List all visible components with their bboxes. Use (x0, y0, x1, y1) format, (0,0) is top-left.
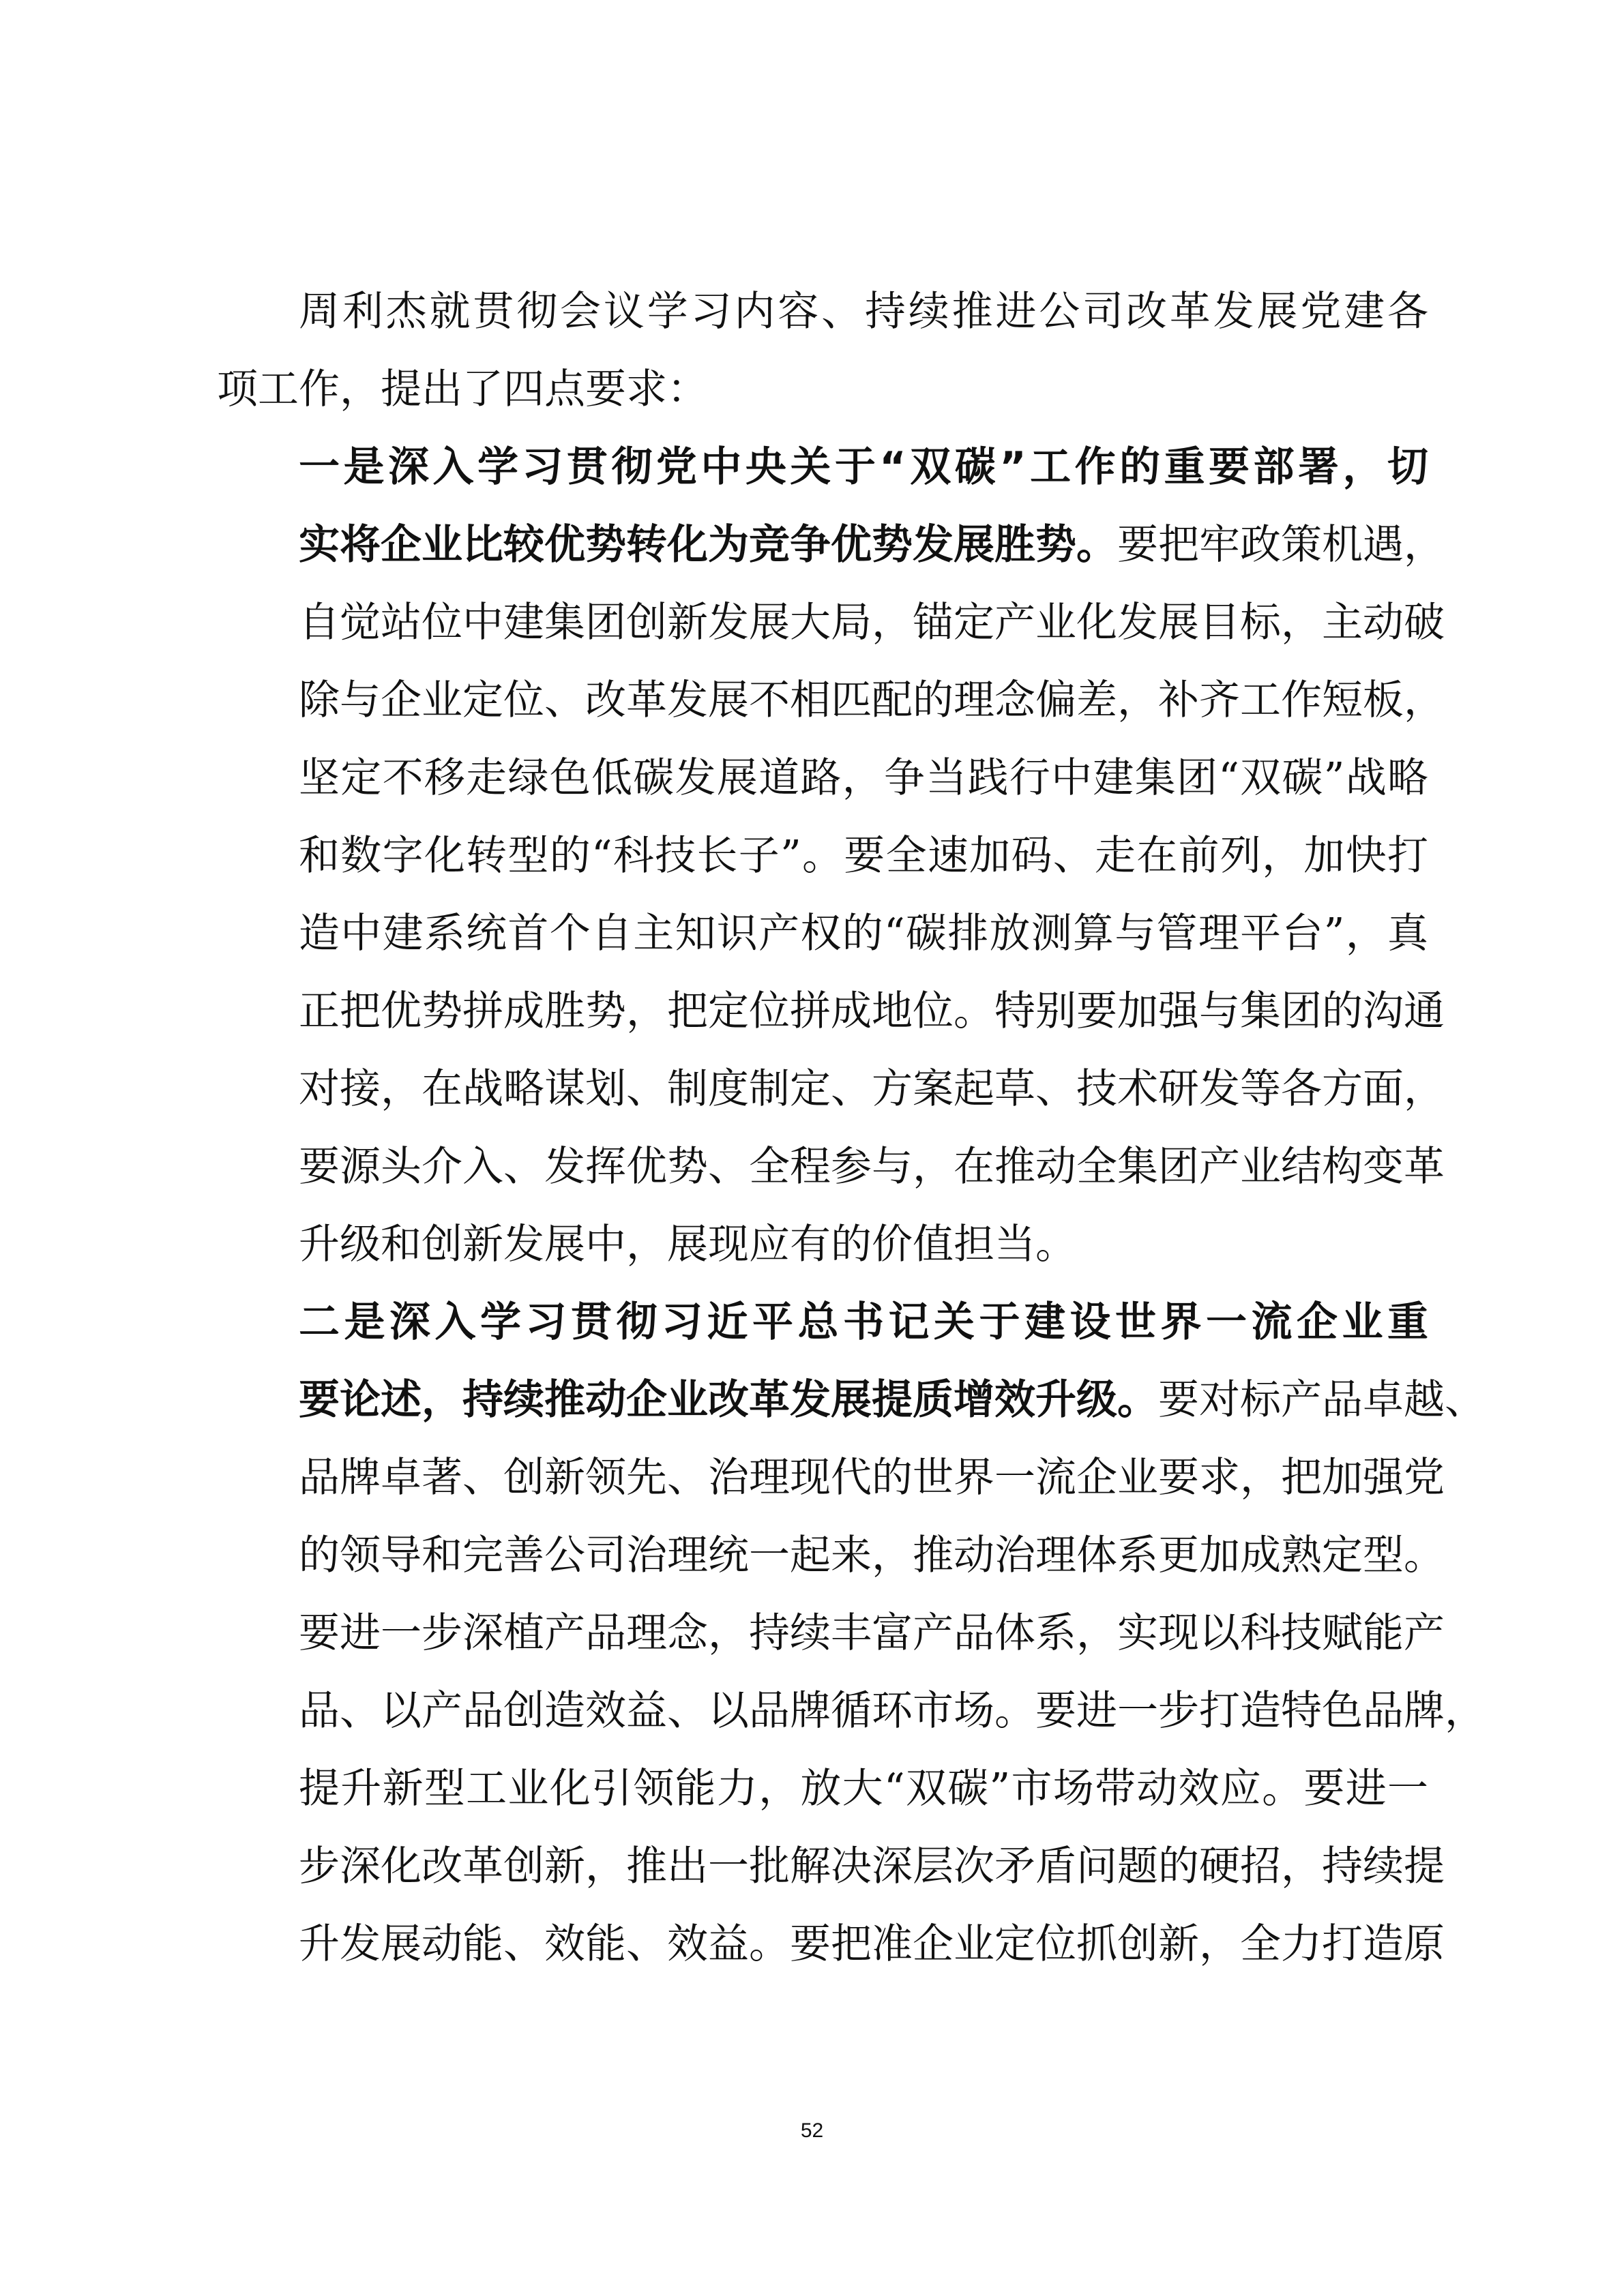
line-text: 除与企业定位、改革发展不相匹配的理念偏差，补齐工作短板， (299, 676, 1445, 724)
bold-heading-text: 要论述，持续推动企业改革发展提质增效升级。 (299, 1376, 1158, 1424)
line-text: 自觉站位中建集团创新发展大局，锚定产业化发展目标，主动破 (299, 599, 1445, 646)
line-text: 升级和创新发展中，展现应有的价值担当。 (299, 1221, 1076, 1268)
line-text: 要源头介入、发挥优势、全程参与，在推动全集团产业结构变革 (299, 1143, 1445, 1191)
line-text: 要把牢政策机遇， (1117, 521, 1445, 569)
line-text: 正把优势拼成胜势，把定位拼成地位。特别要加强与集团的沟通 (299, 987, 1445, 1035)
text-line: 品牌卓著、创新领先、治理现代的世界一流企业要求，把加强党 (217, 1439, 1428, 1517)
text-line: 除与企业定位、改革发展不相匹配的理念偏差，补齐工作短板， (217, 661, 1428, 739)
text-line: 步深化改革创新，推出一批解决深层次矛盾问题的硬招，持续提 (217, 1828, 1428, 1905)
text-line: 升级和创新发展中，展现应有的价值担当。 (217, 1206, 1428, 1283)
text-line-bold: 二是深入学习贯彻习近平总书记关于建设世界一流企业重 (217, 1283, 1428, 1361)
page-number: 52 (0, 2119, 1624, 2143)
text-line: 提升新型工业化引领能力，放大“双碳”市场带动效应。要进一 (217, 1750, 1428, 1828)
line-text: 品、以产品创造效益、以品牌循环市场。要进一步打造特色品牌， (299, 1687, 1486, 1735)
line-text: 要对标产品卓越、 (1158, 1376, 1486, 1424)
line-text: 提升新型工业化引领能力，放大“双碳”市场带动效应。要进一 (299, 1765, 1428, 1813)
text-line-bold: 一是深入学习贯彻党中央关于“双碳”工作的重要部署，切 (217, 428, 1428, 506)
text-line: 对接，在战略谋划、制度制定、方案起草、技术研发等各方面， (217, 1050, 1428, 1128)
text-line: 和数字化转型的“科技长子”。要全速加码、走在前列，加快打 (217, 817, 1428, 895)
line-text: 步深化改革创新，推出一批解决深层次矛盾问题的硬招，持续提 (299, 1843, 1445, 1890)
text-line: 品、以产品创造效益、以品牌循环市场。要进一步打造特色品牌， (217, 1672, 1428, 1750)
line-text: 要进一步深植产品理念，持续丰富产品体系，实现以科技赋能产 (299, 1609, 1445, 1657)
line-text: 坚定不移走绿色低碳发展道路，争当践行中建集团“双碳”战略 (299, 754, 1428, 802)
text-line: 周利杰就贯彻会议学习内容、持续推进公司改革发展党建各 (217, 273, 1428, 351)
text-line: 要论述，持续推动企业改革发展提质增效升级。要对标产品卓越、 (217, 1361, 1428, 1439)
text-line: 造中建系统首个自主知识产权的“碳排放测算与管理平台”，真 (217, 895, 1428, 972)
paragraph-requirement-1: 一是深入学习贯彻党中央关于“双碳”工作的重要部署，切 实将企业比较优势转化为竞争… (217, 428, 1428, 1283)
bold-heading-text: 二是深入学习贯彻习近平总书记关于建设世界一流企业重 (299, 1298, 1428, 1346)
line-text: 升发展动能、效能、效益。要把准企业定位抓创新，全力打造原 (299, 1920, 1445, 1968)
text-line: 实将企业比较优势转化为竞争优势发展胜势。要把牢政策机遇， (217, 506, 1428, 584)
line-text: 周利杰就贯彻会议学习内容、持续推进公司改革发展党建各 (299, 288, 1428, 336)
text-line: 的领导和完善公司治理统一起来，推动治理体系更加成熟定型。 (217, 1517, 1428, 1594)
bold-heading-text: 一是深入学习贯彻党中央关于“双碳”工作的重要部署，切 (299, 443, 1428, 491)
line-text: 品牌卓著、创新领先、治理现代的世界一流企业要求，把加强党 (299, 1454, 1445, 1502)
bold-heading-text: 实将企业比较优势转化为竞争优势发展胜势。 (299, 521, 1117, 569)
text-line: 项工作，提出了四点要求： (217, 351, 1428, 428)
text-line: 坚定不移走绿色低碳发展道路，争当践行中建集团“双碳”战略 (217, 739, 1428, 817)
text-line: 升发展动能、效能、效益。要把准企业定位抓创新，全力打造原 (217, 1905, 1428, 1983)
text-line: 自觉站位中建集团创新发展大局，锚定产业化发展目标，主动破 (217, 584, 1428, 661)
line-text: 的领导和完善公司治理统一起来，推动治理体系更加成熟定型。 (299, 1532, 1445, 1579)
document-body: 周利杰就贯彻会议学习内容、持续推进公司改革发展党建各 项工作，提出了四点要求： … (217, 273, 1428, 1983)
line-text: 造中建系统首个自主知识产权的“碳排放测算与管理平台”，真 (299, 910, 1428, 957)
text-line: 要进一步深植产品理念，持续丰富产品体系，实现以科技赋能产 (217, 1594, 1428, 1672)
paragraph-requirement-2: 二是深入学习贯彻习近平总书记关于建设世界一流企业重 要论述，持续推动企业改革发展… (217, 1283, 1428, 1983)
line-text: 项工作，提出了四点要求： (217, 366, 708, 413)
line-text: 和数字化转型的“科技长子”。要全速加码、走在前列，加快打 (299, 832, 1428, 880)
paragraph-intro: 周利杰就贯彻会议学习内容、持续推进公司改革发展党建各 项工作，提出了四点要求： (217, 273, 1428, 428)
text-line: 要源头介入、发挥优势、全程参与，在推动全集团产业结构变革 (217, 1128, 1428, 1206)
line-text: 对接，在战略谋划、制度制定、方案起草、技术研发等各方面， (299, 1065, 1445, 1113)
text-line: 正把优势拼成胜势，把定位拼成地位。特别要加强与集团的沟通 (217, 972, 1428, 1050)
